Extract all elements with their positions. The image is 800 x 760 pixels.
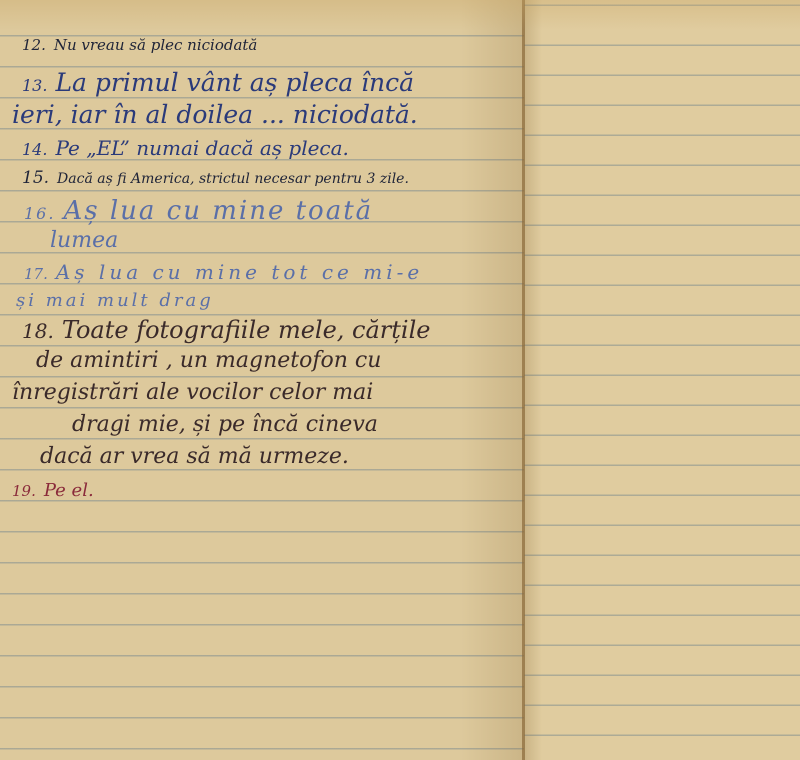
entry-19: 19.Pe el.: [12, 482, 94, 500]
entry-15: 15.Dacă aș fi America, strictul necesar …: [22, 170, 409, 187]
entry-text: Aș lua cu mine toată: [63, 196, 373, 226]
entry-18-line-5: dacă ar vrea să mă urmeze.: [40, 446, 349, 468]
entry-number: 14.: [22, 140, 47, 159]
entry-text: de amintiri , un magnetofon cu: [36, 348, 381, 373]
entry-16-line-2: lumea: [50, 230, 118, 252]
entry-text: Pe el.: [44, 480, 94, 501]
entry-17: 17.Aș lua cu mine tot ce mi-e: [24, 262, 423, 282]
entry-13: 13.La primul vânt aș pleca încă: [22, 70, 414, 95]
entry-text: ieri, iar în al doilea ... niciodată.: [12, 100, 418, 129]
entry-text: Toate fotografiile mele, cărțile: [62, 316, 431, 344]
entry-number: 17.: [24, 265, 48, 283]
entry-number: 16.: [24, 204, 55, 223]
entry-text: înregistrări ale vocilor celor mai: [12, 380, 373, 405]
entry-14: 14.Pe „EL” numai dacă aș pleca.: [22, 138, 349, 158]
entry-text: Pe „EL” numai dacă aș pleca.: [55, 136, 348, 160]
entry-text: dacă ar vrea să mă urmeze.: [40, 444, 349, 469]
entry-text: Dacă aș fi America, strictul necesar pen…: [57, 171, 409, 187]
entry-12: 12.Nu vreau să plec niciodată: [22, 38, 257, 53]
entry-13-line-2: ieri, iar în al doilea ... niciodată.: [12, 102, 418, 127]
entry-16: 16.Aș lua cu mine toată: [24, 198, 373, 224]
entry-number: 12.: [22, 36, 46, 54]
page-shading: [0, 0, 800, 30]
entry-text: La primul vânt aș pleca încă: [55, 68, 414, 97]
entry-text: Nu vreau să plec niciodată: [54, 36, 258, 54]
entry-text: și mai mult drag: [16, 290, 214, 311]
entry-number: 13.: [22, 76, 47, 95]
entry-number: 15.: [22, 168, 49, 188]
entry-number: 18.: [22, 319, 54, 343]
entry-17-line-2: și mai mult drag: [16, 292, 214, 310]
entry-text: lumea: [50, 228, 118, 253]
entry-18-line-3: înregistrări ale vocilor celor mai: [12, 382, 373, 404]
entry-text: dragi mie, și pe încă cineva: [72, 412, 378, 437]
entry-number: 19.: [12, 482, 36, 500]
entry-18-line-2: de amintiri , un magnetofon cu: [36, 350, 381, 372]
entry-18: 18.Toate fotografiile mele, cărțile: [22, 318, 430, 342]
entry-text: Aș lua cu mine tot ce mi-e: [56, 260, 423, 284]
entry-18-line-4: dragi mie, și pe încă cineva: [72, 414, 378, 436]
right-page-blank: [524, 0, 800, 760]
notebook-spine: [522, 0, 525, 760]
open-notebook: 12.Nu vreau să plec niciodată 13.La prim…: [0, 0, 800, 760]
